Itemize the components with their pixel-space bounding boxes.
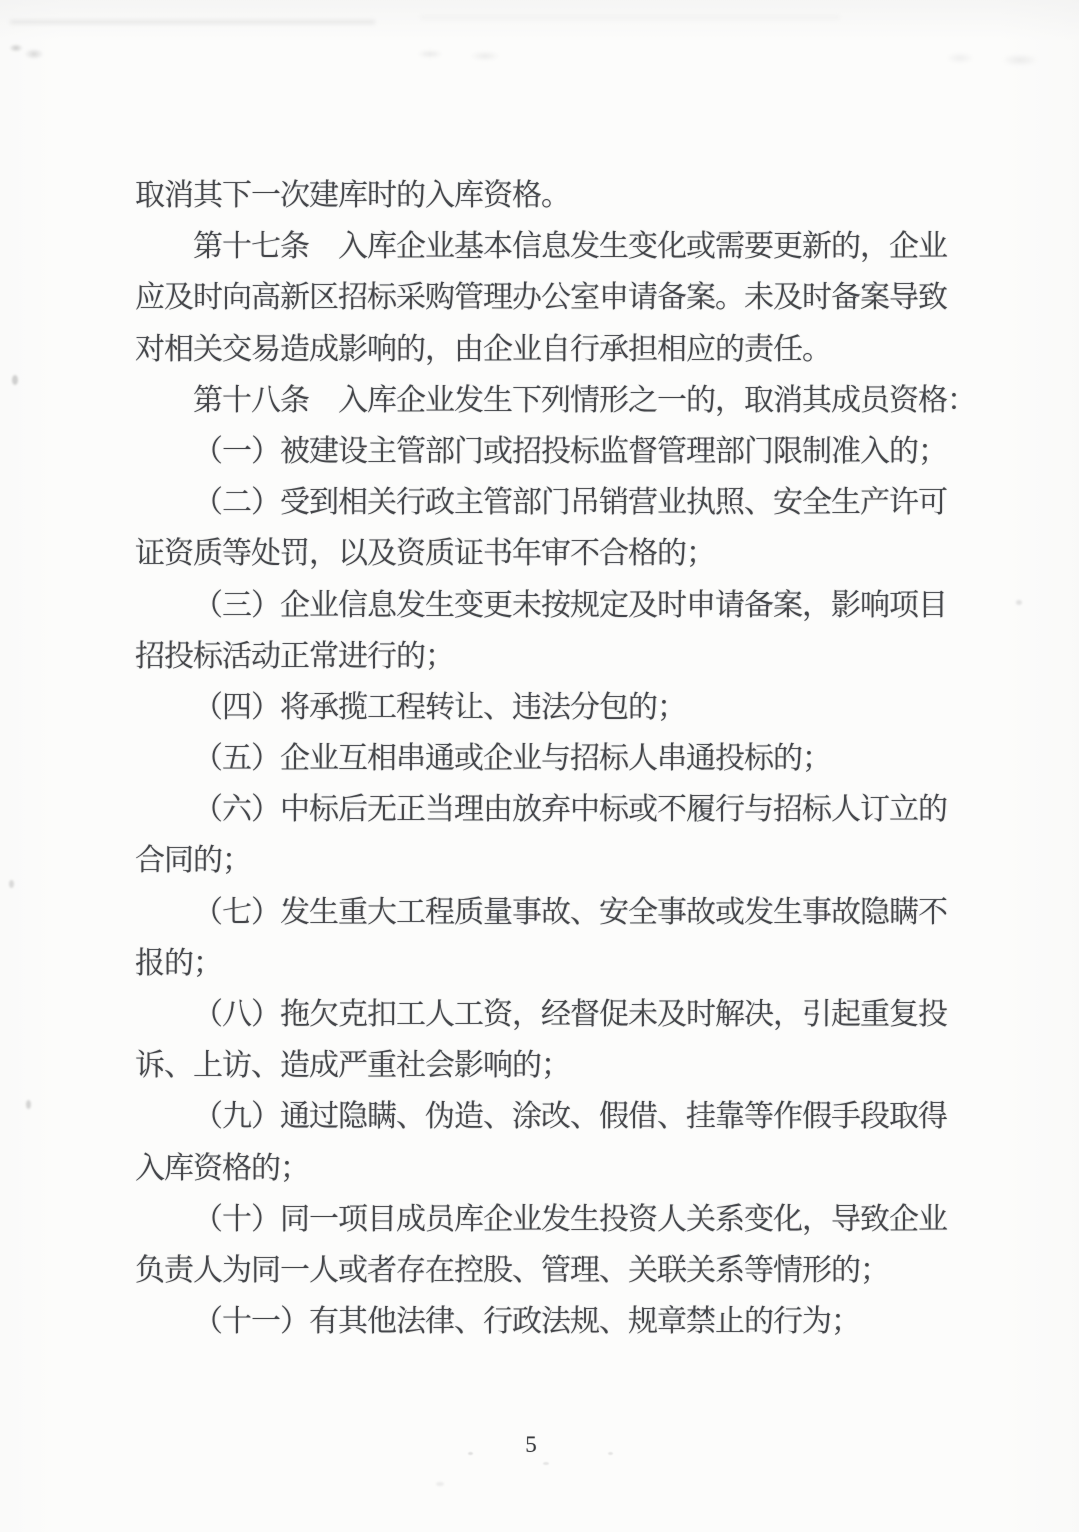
text-line: （八）拖欠克扣工人工资，经督促未及时解决，引起重复投: [135, 989, 975, 1040]
text-line: （五）企业互相串通或企业与招标人串通投标的；: [135, 733, 975, 784]
page-number: 5: [0, 1432, 1062, 1458]
text-line: （六）中标后无正当理由放弃中标或不履行与招标人订立的: [135, 784, 975, 835]
text-line: （十一）有其他法律、行政法规、规章禁止的行为；: [135, 1296, 975, 1347]
text-line: 第十八条 入库企业发生下列情形之一的，取消其成员资格：: [135, 375, 975, 426]
text-line: （九）通过隐瞒、伪造、涂改、假借、挂靠等作假手段取得: [135, 1091, 975, 1142]
text-line: （七）发生重大工程质量事故、安全事故或发生事故隐瞒不: [135, 887, 975, 938]
text-line: 取消其下一次建库时的入库资格。: [135, 170, 975, 221]
text-line: （四）将承揽工程转让、违法分包的；: [135, 682, 975, 733]
document-body: 取消其下一次建库时的入库资格。第十七条 入库企业基本信息发生变化或需要更新的，企…: [135, 170, 975, 1347]
text-line: 证资质等处罚，以及资质证书年审不合格的；: [135, 528, 975, 579]
text-line: 对相关交易造成影响的，由企业自行承担相应的责任。: [135, 324, 975, 375]
text-line: 第十七条 入库企业基本信息发生变化或需要更新的，企业: [135, 221, 975, 272]
text-line: 入库资格的；: [135, 1143, 975, 1194]
text-line: （十）同一项目成员库企业发生投资人关系变化，导致企业: [135, 1194, 975, 1245]
text-line: 招投标活动正常进行的；: [135, 631, 975, 682]
text-line: （二）受到相关行政主管部门吊销营业执照、安全生产许可: [135, 477, 975, 528]
text-line: 报的；: [135, 938, 975, 989]
text-line: 合同的；: [135, 835, 975, 886]
text-line: 应及时向高新区招标采购管理办公室申请备案。未及时备案导致: [135, 272, 975, 323]
text-line: （一）被建设主管部门或招投标监督管理部门限制准入的；: [135, 426, 975, 477]
text-line: 负责人为同一人或者存在控股、管理、关联关系等情形的；: [135, 1245, 975, 1296]
text-line: 诉、上访、造成严重社会影响的；: [135, 1040, 975, 1091]
text-line: （三）企业信息发生变更未按规定及时申请备案，影响项目: [135, 580, 975, 631]
